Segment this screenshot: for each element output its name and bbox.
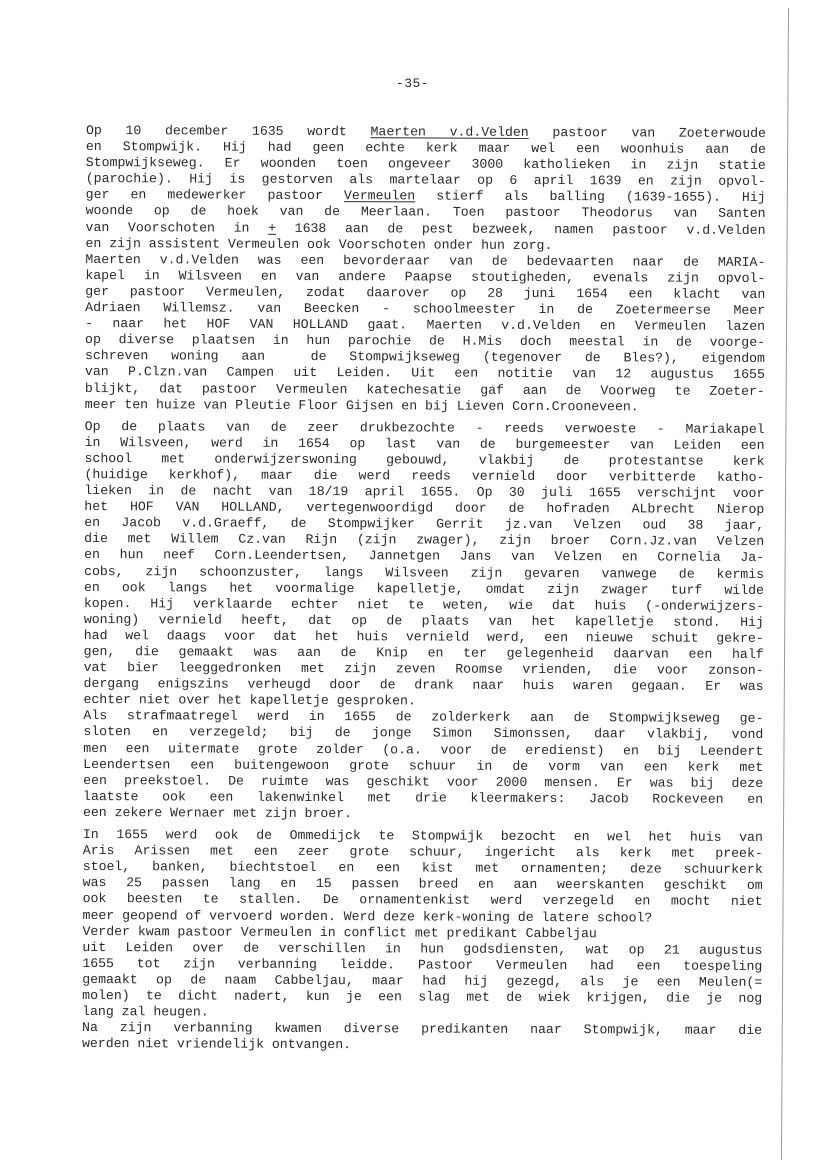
text-segment: blijkt, dat pastoor Vermeulen katechesat… xyxy=(85,380,765,398)
text-segment: In 1655 werd ook de Ommedijck te Stompwi… xyxy=(83,827,763,845)
text-segment: laatste ook een lakenwinkel met drie kle… xyxy=(83,789,763,807)
text-segment: uit Leiden over de verschillen in hun go… xyxy=(82,940,762,958)
text-segment: en ook langs het voormalige kapelletje, … xyxy=(84,580,764,598)
text-segment: woonde op de hoek van de Meerlaan. Toen … xyxy=(86,203,766,221)
text-segment: een preekstoel. De ruimte was geschikt v… xyxy=(83,773,763,791)
text-segment: echter niet over het kapelletje gesproke… xyxy=(83,692,415,708)
page-number: -35- xyxy=(0,76,825,91)
text-segment: lieken in de nacht van 18/19 april 1655.… xyxy=(84,483,764,501)
document-body: Op 10 december 1635 wordt Maerten v.d.Ve… xyxy=(82,123,766,1055)
text-segment: Op de plaats van de zeer drukbezochte - … xyxy=(85,419,765,437)
text-segment: Als strafmaatregel werd in 1655 de zolde… xyxy=(83,708,763,726)
text-segment: school met onderwijzerswoning gebouwd, v… xyxy=(85,451,765,469)
text-segment: een zekere Wernaer met zijn broer. xyxy=(83,805,352,821)
text-segment: lang zal heugen. xyxy=(82,1004,209,1020)
text-segment: Adriaen Willemsz. van Beecken - schoolme… xyxy=(85,300,765,318)
paragraph: Op de plaats van de zeer drukbezochte - … xyxy=(83,419,765,824)
underlined-name: Vermeulen xyxy=(344,189,415,204)
text-segment: op diverse plaatsen in hun parochie de H… xyxy=(85,332,765,350)
text-segment: meer geopend of vervoerd worden. Werd de… xyxy=(83,907,653,924)
text-segment: had wel daags voor dat het huis vernield… xyxy=(84,628,764,646)
text-segment: woning) vernield heeft, dat op de plaats… xyxy=(84,612,764,630)
text-segment: en hun neef Corn.Leendertsen, Jannetgen … xyxy=(84,547,764,565)
text-segment: en Jacob v.d.Graeff, de Stompwijker Gerr… xyxy=(84,515,764,533)
text-segment: en Stompwijk. Hij had geen echte kerk ma… xyxy=(86,139,766,157)
text-segment: in Wilsveen, werd in 1654 op last van de… xyxy=(85,435,765,453)
text-segment: ook beesten te stallen. De ornamentenkis… xyxy=(83,891,763,909)
page-edge-line xyxy=(781,8,789,1160)
text-segment: 1655 tot zijn verbanning leidde. Pastoor… xyxy=(82,956,762,974)
text-segment: van P.Clzn.van Campen uit Leiden. Uit ee… xyxy=(85,364,765,382)
text-segment: van Voorschoten in xyxy=(86,220,269,236)
text-segment: dergang enigszins verheugd door de drank… xyxy=(84,676,764,694)
text-segment: Leendertsen een buitengewoon grote schuu… xyxy=(83,757,763,775)
text-line: werden niet vriendelijk ontvangen. xyxy=(82,1036,762,1055)
text-segment: het HOF VAN HOLLAND, vertegenwoordigd do… xyxy=(84,499,764,517)
text-segment: en zijn assistent Vermeulen ook Voorscho… xyxy=(85,236,552,253)
text-segment: ger en medewerker pastoor xyxy=(86,187,344,203)
text-segment: schreven woning aan de Stompwijkseweg (t… xyxy=(85,348,765,366)
text-segment: men een uitermate grote zolder (o.a. voo… xyxy=(83,741,763,759)
text-segment: kopen. Hij verklaarde echter niet te wet… xyxy=(84,596,764,614)
text-line: meer ten huize van Pleutie Floor Gijsen … xyxy=(85,397,765,416)
paragraph: In 1655 werd ook de Ommedijck te Stompwi… xyxy=(82,827,763,1055)
text-segment: (parochie). Hij is gestorven als martela… xyxy=(86,171,766,189)
text-segment: stierf als balling (1639-1655). Hij xyxy=(415,189,766,206)
text-segment: die met Willem Cz.van Rijn (zijn zwager)… xyxy=(84,531,764,549)
text-segment: cobs, zijn schoonzuster, langs Wilsveen … xyxy=(84,564,764,582)
underlined-name: Maerten v.d.Velden xyxy=(370,124,528,140)
text-segment: sloten en verzegeld; bij de jonge Simon … xyxy=(83,724,763,742)
text-segment: Na zijn verbanning kwamen diverse predik… xyxy=(82,1020,762,1038)
text-line: een zekere Wernaer met zijn broer. xyxy=(83,805,763,824)
text-segment: - naar het HOF VAN HOLLAND gaat. Maerten… xyxy=(85,316,765,334)
text-segment: Maerten v.d.Velden was een bevorderaar v… xyxy=(85,252,765,270)
underlined-name: + xyxy=(268,220,276,235)
text-segment: kapel in Wilsveen en van andere Paapse s… xyxy=(85,268,765,286)
text-segment: Stompwijkseweg. Er woonden toen ongeveer… xyxy=(86,155,766,173)
text-segment: werden niet vriendelijk ontvangen. xyxy=(82,1036,351,1052)
text-segment: gemaakt op de naam Cabbeljau, maar had h… xyxy=(82,972,762,990)
text-segment: pastoor van Zoeterwoude xyxy=(529,125,766,141)
text-segment: was 25 passen lang en 15 passen breed en… xyxy=(83,875,763,893)
text-segment: Aris Arissen met een zeer grote schuur, … xyxy=(83,843,763,861)
text-segment: meer ten huize van Pleutie Floor Gijsen … xyxy=(85,397,639,414)
text-segment: Op 10 december 1635 wordt xyxy=(86,123,371,139)
text-segment: stoel, banken, biechtstoel en een kist m… xyxy=(83,859,763,877)
text-segment: ger pastoor Vermeulen, zodat daarover op… xyxy=(85,284,765,302)
text-segment: Verder kwam pastoor Vermeulen in conflic… xyxy=(82,924,596,941)
text-segment: 1638 aan de pest bezweek, namen pastoor … xyxy=(276,220,766,237)
text-segment: (huidige kerkhof), maar die werd reeds v… xyxy=(84,467,764,485)
paragraph: Op 10 december 1635 wordt Maerten v.d.Ve… xyxy=(85,123,766,416)
text-segment: gen, die gemaakt was aan de Knip en ter … xyxy=(84,644,764,662)
text-segment: vat bier leeggedronken met zijn zeven Ro… xyxy=(84,660,764,678)
text-segment: molen) te dicht nadert, kun je een slag … xyxy=(82,988,762,1006)
